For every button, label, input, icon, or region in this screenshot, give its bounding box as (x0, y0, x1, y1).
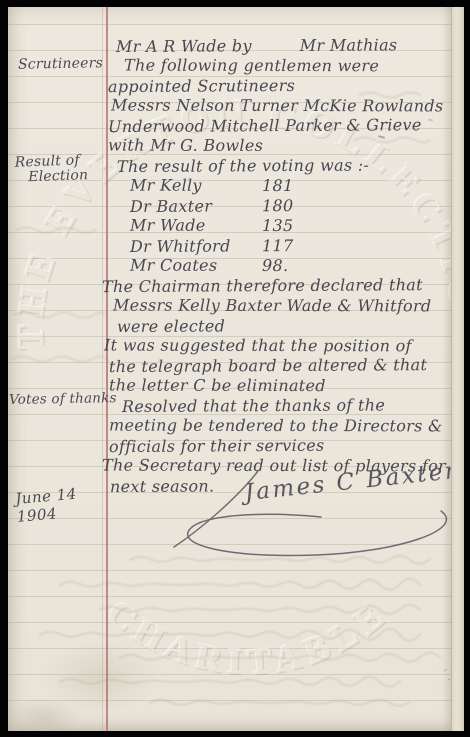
handwriting-line: meeting be tendered to the Directors & (109, 416, 460, 437)
handwriting-line: Resolved that the thanks of the (122, 395, 460, 417)
signature-block: James C Baxter (146, 459, 464, 564)
line-text: Mr A R Wade by (116, 36, 252, 56)
result-votes: 135 (262, 216, 294, 235)
handwriting-line: the letter C be eliminated (109, 376, 460, 397)
result-name: Mr Coates (130, 256, 262, 276)
election-result-row: Dr Baxter180 (130, 195, 460, 217)
election-result-row: Mr Wade135 (130, 216, 460, 237)
handwriting-line: were elected (117, 315, 460, 337)
handwriting-line: with Mr G. Bowles (108, 136, 460, 157)
handwriting-line: Messrs Kelly Baxter Wade & Whitford (113, 296, 460, 317)
election-result-row: Mr Kelly181 (130, 176, 460, 197)
handwriting-line: Mr A R Wade byMr Mathias (116, 35, 460, 57)
watermark-arc-bottom-text: CHARITABLE (100, 593, 398, 685)
svg-text:CHARITABLE: CHARITABLE (98, 591, 396, 683)
handwriting-line: The following gentlemen were (124, 56, 460, 77)
result-votes: 98. (262, 256, 288, 275)
result-name: Mr Wade (130, 216, 262, 236)
body-column: Mr A R Wade byMr MathiasThe following ge… (108, 36, 460, 496)
page-edge-strip (451, 7, 464, 731)
result-votes: 180 (262, 196, 294, 215)
margin-note-result-of-election: Result of Election (15, 152, 113, 185)
election-result-row: Mr Coates98. (130, 256, 460, 277)
handwriting-line: It was suggested that the position of (104, 336, 460, 357)
result-votes: 117 (262, 236, 294, 255)
result-name: Dr Baxter (130, 196, 262, 217)
election-result-row: Dr Whitford117 (130, 235, 460, 257)
watermark-arc-bottom-fill: CHARITABLE (99, 592, 397, 684)
margin-note-votes-of-thanks: Votes of thanks (9, 391, 119, 408)
handwriting-line: Messrs Nelson Turner McKie Rowlands (111, 96, 460, 117)
margin-date: June 14 1904 (15, 482, 108, 526)
result-name: Dr Whitford (130, 236, 262, 257)
handwriting-line: appointed Scrutineers (108, 75, 460, 97)
handwriting-line: The Chairman therefore declared that (102, 275, 460, 297)
handwriting-line: Underwood Mitchell Parker & Grieve (108, 115, 460, 137)
result-votes: 181 (262, 176, 294, 195)
svg-text:CHARITABLE: CHARITABLE (100, 593, 398, 685)
result-name: Mr Kelly (130, 176, 262, 196)
minute-book-page: THE EVERTON COLLECTION CHARITABLE THE EV… (8, 7, 464, 731)
margin-column: June 14 1904 ScrutineersResult of Electi… (8, 7, 106, 731)
margin-note-scrutineers: Scrutineers (18, 56, 103, 72)
handwriting-line: officials for their services (109, 435, 460, 457)
handwriting-line: the telegraph board be altered & that (109, 355, 460, 377)
svg-text:CHARITABLE: CHARITABLE (99, 592, 397, 684)
line-text: Mr Mathias (300, 35, 398, 55)
watermark-arc-bottom-highlight: CHARITABLE (98, 591, 396, 683)
handwriting-line: The result of the voting was :- (117, 155, 460, 177)
scanned-minute-book-photo: THE EVERTON COLLECTION CHARITABLE THE EV… (0, 0, 470, 737)
